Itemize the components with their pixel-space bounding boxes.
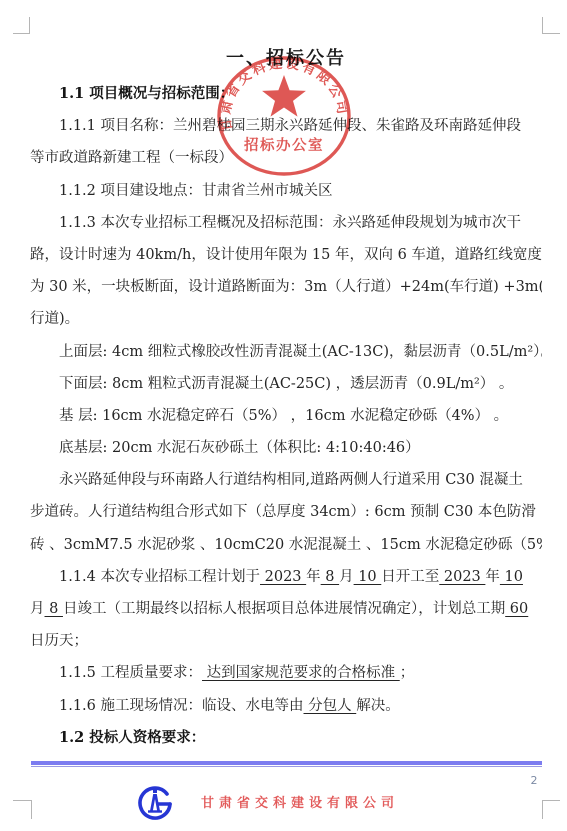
paragraph-line: 路，设计时速为 40km/h，设计使用年限为 15 年，双向 6 车道，道路红线… xyxy=(30,239,542,271)
paragraph-line: 1.1.5 工程质量要求： 达到国家规范要求的合格标准 ； xyxy=(30,657,542,689)
text-segment: 年 xyxy=(306,569,321,585)
text-segment: 路，设计时速为 40km/h，设计使用年限为 15 年，双向 6 车道，道路红线… xyxy=(30,247,542,263)
paragraph-line: 步道砖。人行道结构组合形式如下（总厚度 34cm）: 6cm 预制 C30 本色… xyxy=(30,496,542,528)
paragraph-line: 下面层: 8cm 粗粒式沥青混凝土(AC-25C) ，透层沥青（0.9L/m²）… xyxy=(30,368,542,400)
crop-mark-bottom-left-v xyxy=(31,800,32,819)
paragraph-line: 月 8 日竣工（工期最终以招标人根据项目总体进展情况确定），计划总工期 60 xyxy=(30,593,542,625)
crop-mark-bottom-left-h xyxy=(13,800,31,801)
paragraph-line: 等市政道路新建工程（一标段） xyxy=(30,142,542,174)
text-segment: 1.1.1 项目名称：兰州碧桂园三期永兴路延伸段、朱雀路及环南路延伸段 xyxy=(59,118,521,134)
footer-company-name: 甘肃省交科建设有限公司 xyxy=(160,792,440,811)
text-segment: ； xyxy=(400,665,415,681)
paragraph-line: 行道)。 xyxy=(30,303,542,335)
fill-in-start-month: 8 xyxy=(321,569,339,585)
text-segment: 永兴路延伸段与环南路人行道结构相同,道路两侧人行道采用 C30 混凝土 xyxy=(59,472,523,488)
text-segment: 月 xyxy=(339,569,354,585)
section-heading-1-1: 1.1 项目概况与招标范围： xyxy=(30,78,542,110)
paragraph-line: 1.1.4 本次专业招标工程计划于 2023 年 8 月 10 日开工至 202… xyxy=(30,561,542,593)
fill-in-start-day: 10 xyxy=(354,569,382,585)
text-segment: 年 xyxy=(485,569,500,585)
fill-in-end-month: 10 xyxy=(500,569,523,585)
document-body: 1.1 项目概况与招标范围： 1.1.1 项目名称：兰州碧桂园三期永兴路延伸段、… xyxy=(30,78,542,754)
paragraph-line: 1.1.6 施工现场情况：临设、水电等由 分包人 解决。 xyxy=(30,690,542,722)
text-segment: 1.1.5 工程质量要求： xyxy=(59,665,202,681)
text-segment: 日开工至 xyxy=(381,569,439,585)
paragraph-line: 日历天； xyxy=(30,625,542,657)
document-title: 一、招标公告 xyxy=(30,44,542,74)
text-segment: 底基层: 20cm 水泥石灰砂砾土（体积比: 4:10:40:46） xyxy=(59,440,420,456)
text-segment: 为 30 米，一块板断面，设计道路断面为：3m（人行道）+24m(车行道) +3… xyxy=(30,279,542,295)
paragraph-line: 上面层: 4cm 细粒式橡胶改性沥青混凝土(AC-13C)，黏层沥青（0.5L/… xyxy=(30,336,542,368)
text-segment: 1.1.6 施工现场情况：临设、水电等由 xyxy=(59,698,304,714)
paragraph-line: 1.1.2 项目建设地点：甘肃省兰州市城关区 xyxy=(30,175,542,207)
paragraph-line: 砖 、3cmM7.5 水泥砂浆 、10cmC20 水泥混凝土 、15cm 水泥稳… xyxy=(30,529,542,561)
crop-mark-top-left-h xyxy=(13,33,30,34)
crop-mark-bottom-right-v xyxy=(542,800,543,819)
text-segment: 1.1.3 本次专业招标工程概况及招标范围：永兴路延伸段规划为城市次干 xyxy=(59,215,521,231)
text-segment: 解决。 xyxy=(356,698,400,714)
text-segment: 上面层: 4cm 细粒式橡胶改性沥青混凝土(AC-13C)，黏层沥青（0.5L/… xyxy=(59,344,542,360)
text-segment: 1.2 投标人资格要求： xyxy=(59,729,205,746)
text-segment: 等市政道路新建工程（一标段） xyxy=(30,150,233,166)
paragraph-line: 底基层: 20cm 水泥石灰砂砾土（体积比: 4:10:40:46） xyxy=(30,432,542,464)
crop-mark-top-left-v xyxy=(29,17,30,34)
fill-in-duration: 60 xyxy=(505,601,528,617)
paragraph-line: 1.1.3 本次专业招标工程概况及招标范围：永兴路延伸段规划为城市次干 xyxy=(30,207,542,239)
text-segment: 日历天； xyxy=(30,633,88,649)
fill-in-end-day: 8 xyxy=(45,601,63,617)
paragraph-line: 为 30 米，一块板断面，设计道路断面为：3m（人行道）+24m(车行道) +3… xyxy=(30,271,542,303)
page-number: 2 xyxy=(524,774,544,787)
crop-mark-top-right-v xyxy=(542,17,543,34)
text-segment: 下面层: 8cm 粗粒式沥青混凝土(AC-25C) ，透层沥青（0.9L/m²）… xyxy=(59,376,513,392)
crop-mark-top-right-h xyxy=(542,33,560,34)
section-heading-1-2: 1.2 投标人资格要求： xyxy=(30,722,542,754)
text-segment: 步道砖。人行道结构组合形式如下（总厚度 34cm）: 6cm 预制 C30 本色… xyxy=(30,504,536,520)
text-segment: 砖 、3cmM7.5 水泥砂浆 、10cmC20 水泥混凝土 、15cm 水泥稳… xyxy=(30,537,542,553)
paragraph-line: 基 层: 16cm 水泥稳定碎石（5%） ，16cm 水泥稳定砂砾（4%） 。 xyxy=(30,400,542,432)
text-segment: 日竣工（工期最终以招标人根据项目总体进展情况确定），计划总工期 xyxy=(63,601,505,617)
fill-in-end-year: 2023 xyxy=(439,569,485,585)
text-segment: 1.1 项目概况与招标范围： xyxy=(59,85,234,102)
fill-in-start-year: 2023 xyxy=(260,569,306,585)
fill-in-responsible-party: 分包人 xyxy=(304,698,357,714)
text-segment: 基 层: 16cm 水泥稳定碎石（5%） ，16cm 水泥稳定砂砾（4%） 。 xyxy=(59,408,508,424)
footer-rule-thin xyxy=(31,766,542,767)
text-segment: 行道)。 xyxy=(30,311,79,327)
text-segment: 月 xyxy=(30,601,45,617)
paragraph-line: 1.1.1 项目名称：兰州碧桂园三期永兴路延伸段、朱雀路及环南路延伸段 xyxy=(30,110,542,142)
crop-mark-bottom-right-h xyxy=(542,800,560,801)
document-page: 一、招标公告 1.1 项目概况与招标范围： 1.1.1 项目名称：兰州碧桂园三期… xyxy=(0,0,567,831)
text-segment: 1.1.2 项目建设地点：甘肃省兰州市城关区 xyxy=(59,183,333,199)
footer-rule-thick xyxy=(31,761,542,765)
fill-in-quality-standard: 达到国家规范要求的合格标准 xyxy=(202,665,400,681)
paragraph-line: 永兴路延伸段与环南路人行道结构相同,道路两侧人行道采用 C30 混凝土 xyxy=(30,464,542,496)
text-segment: 1.1.4 本次专业招标工程计划于 xyxy=(59,569,260,585)
